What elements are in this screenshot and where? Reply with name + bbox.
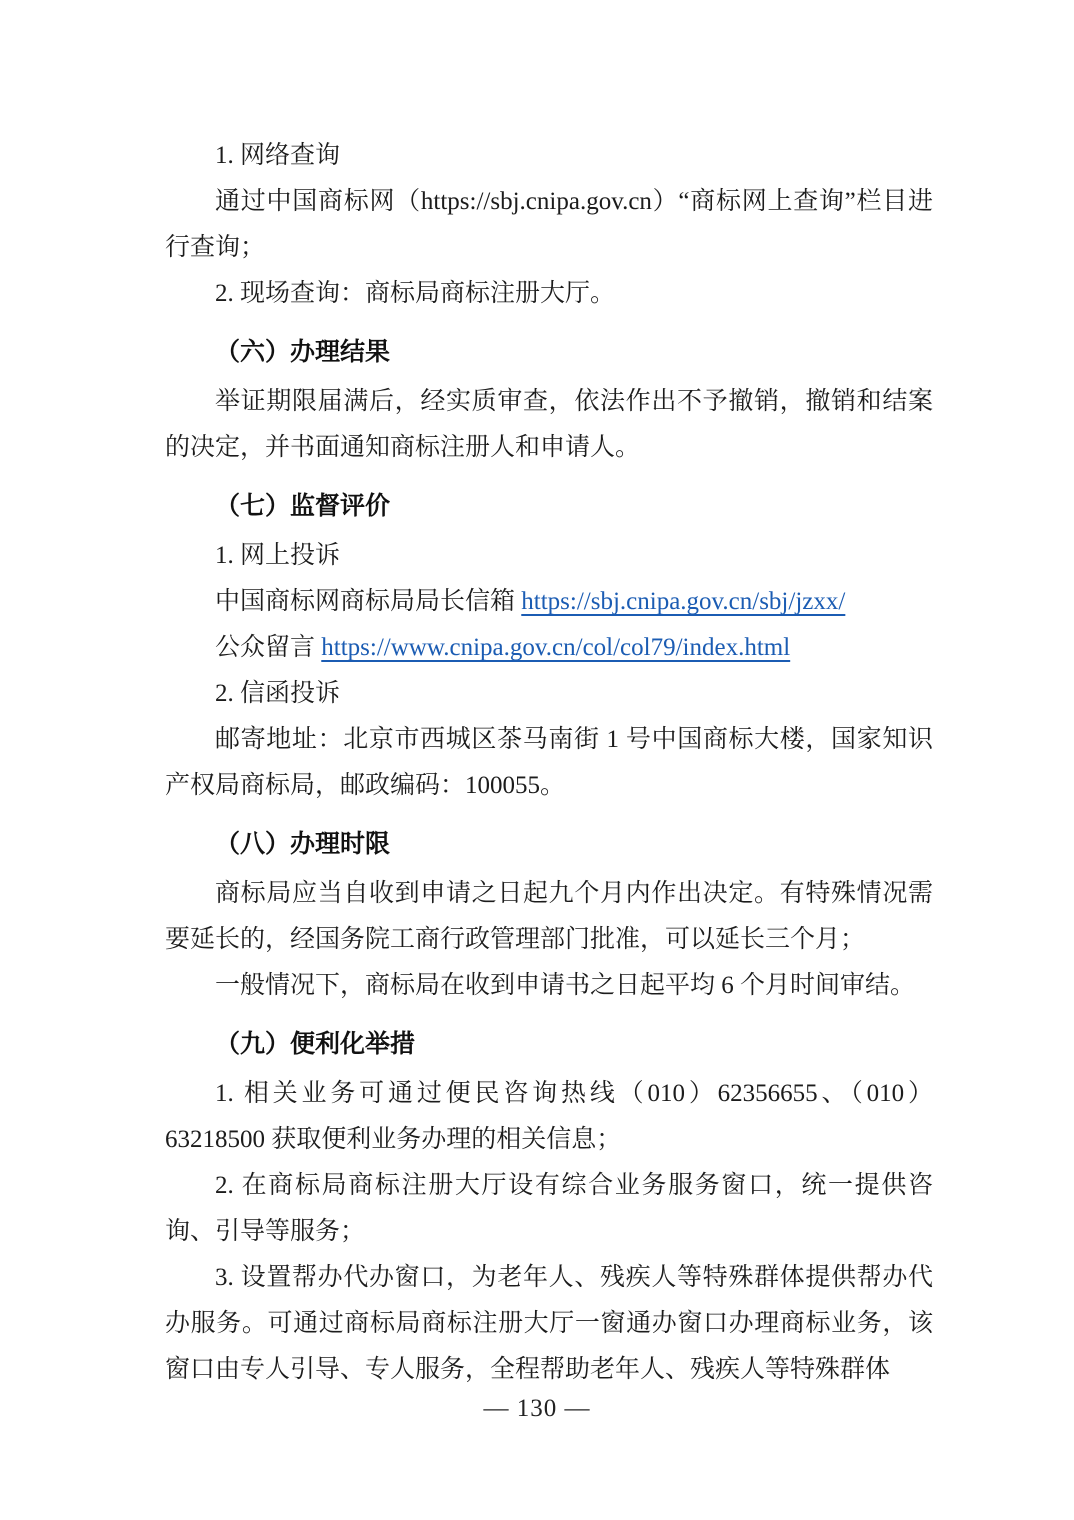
para-mailing-address: 邮寄地址：北京市西城区茶马南街 1 号中国商标大楼，国家知识产权局商标局，邮政编… [165, 717, 933, 809]
para-average-six-months: 一般情况下，商标局在收到申请书之日起平均 6 个月时间审结。 [165, 963, 933, 1009]
para-hotline: 1. 相关业务可通过便民咨询热线（010）62356655、（010）63218… [165, 1071, 933, 1163]
page-number: — 130 — [0, 1392, 1074, 1426]
director-mailbox-link[interactable]: https://sbj.cnipa.gov.cn/sbj/jzxx/ [521, 588, 845, 615]
public-message-link[interactable]: https://www.cnipa.gov.cn/col/col79/index… [321, 634, 790, 661]
para-query-via-website: 通过中国商标网（https://sbj.cnipa.gov.cn）“商标网上查询… [165, 179, 933, 271]
item-onsite-query: 2. 现场查询：商标局商标注册大厅。 [165, 271, 933, 317]
item-letter-complaint: 2. 信函投诉 [165, 671, 933, 717]
heading-section-6-results: （六）办理结果 [165, 330, 933, 376]
para-service-window: 2. 在商标局商标注册大厅设有综合业务服务窗口，统一提供咨询、引导等服务； [165, 1163, 933, 1255]
heading-section-8-time-limit: （八）办理时限 [165, 822, 933, 868]
para-nine-month-limit: 商标局应当自收到申请之日起九个月内作出决定。有特殊情况需要延长的，经国务院工商行… [165, 871, 933, 963]
director-mailbox-label: 中国商标网商标局局长信箱 [215, 588, 521, 615]
item-online-complaint: 1. 网上投诉 [165, 533, 933, 579]
heading-section-9-convenience: （九）便利化举措 [165, 1022, 933, 1068]
document-page: 1. 网络查询 通过中国商标网（https://sbj.cnipa.gov.cn… [0, 0, 1074, 1520]
public-message-label: 公众留言 [215, 634, 321, 661]
para-public-message: 公众留言 https://www.cnipa.gov.cn/col/col79/… [165, 625, 933, 671]
para-assist-window: 3. 设置帮办代办窗口，为老年人、残疾人等特殊群体提供帮办代办服务。可通过商标局… [165, 1255, 933, 1393]
para-results-decision: 举证期限届满后，经实质审查，依法作出不予撤销，撤销和结案的决定，并书面通知商标注… [165, 379, 933, 471]
item-network-query: 1. 网络查询 [165, 133, 933, 179]
heading-section-7-supervision: （七）监督评价 [165, 484, 933, 530]
para-director-mailbox: 中国商标网商标局局长信箱 https://sbj.cnipa.gov.cn/sb… [165, 579, 933, 625]
